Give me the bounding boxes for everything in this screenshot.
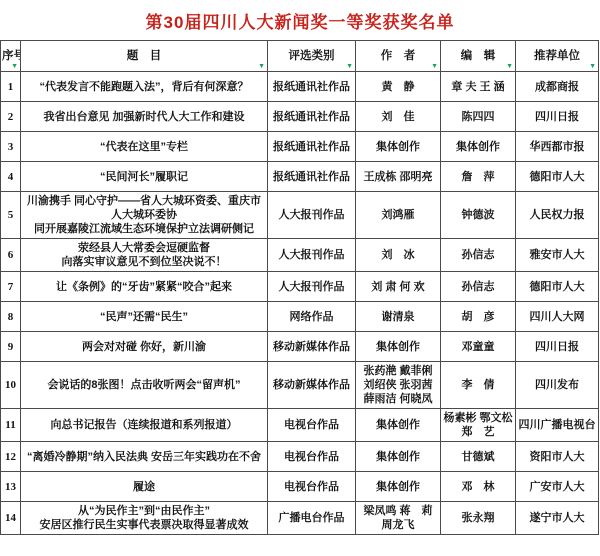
cell-author[interactable]: 集体创作 — [356, 442, 441, 472]
cell-category[interactable]: 电视台作品 — [268, 442, 356, 472]
table-row: 3“代表在这里”专栏报纸通讯社作品集体创作集体创作华西都市报 — [1, 132, 599, 162]
column-header-title[interactable]: 题 目▼ — [21, 41, 268, 72]
cell-no[interactable]: 5 — [1, 192, 21, 239]
cell-org[interactable]: 资阳市人大 — [516, 442, 599, 472]
table-row: 4“民间河长”履职记报纸通讯社作品王成栋 邵明亮詹 萍德阳市人大 — [1, 162, 599, 192]
column-header-author[interactable]: 作 者▼ — [356, 41, 441, 72]
cell-editor[interactable]: 张永翔 — [441, 502, 516, 535]
cell-category[interactable]: 移动新媒体作品 — [268, 332, 356, 362]
cell-no[interactable]: 14 — [1, 502, 21, 535]
cell-no[interactable]: 2 — [1, 102, 21, 132]
cell-author[interactable]: 张药滟 戴菲俐 刘绍侠 张羽茜 薛雨洁 何晓凤 — [356, 362, 441, 409]
table-header: 序号▼题 目▼评选类别▼作 者▼编 辑▼推荐单位▼ — [1, 41, 599, 72]
cell-author[interactable]: 刘 冰 — [356, 239, 441, 272]
cell-no[interactable]: 4 — [1, 162, 21, 192]
cell-org[interactable]: 四川广播电视台 — [516, 409, 599, 442]
cell-org[interactable]: 四川日报 — [516, 332, 599, 362]
column-header-editor[interactable]: 编 辑▼ — [441, 41, 516, 72]
cell-no[interactable]: 3 — [1, 132, 21, 162]
cell-editor[interactable]: 孙信志 — [441, 239, 516, 272]
cell-title[interactable]: 履途 — [21, 472, 268, 502]
cell-category[interactable]: 报纸通讯社作品 — [268, 162, 356, 192]
cell-category[interactable]: 人大报刊作品 — [268, 192, 356, 239]
cell-org[interactable]: 广安市人大 — [516, 472, 599, 502]
cell-no[interactable]: 10 — [1, 362, 21, 409]
cell-author[interactable]: 集体创作 — [356, 132, 441, 162]
cell-category[interactable]: 人大报刊作品 — [268, 239, 356, 272]
filter-dropdown-icon[interactable]: ▼ — [11, 63, 18, 70]
cell-editor[interactable]: 邓 林 — [441, 472, 516, 502]
cell-editor[interactable]: 杨素彬 鄂文松 郑 艺 — [441, 409, 516, 442]
cell-editor[interactable]: 胡 彦 — [441, 302, 516, 332]
cell-no[interactable]: 9 — [1, 332, 21, 362]
cell-org[interactable]: 德阳市人大 — [516, 162, 599, 192]
column-header-label: 评选类别 — [289, 49, 335, 63]
cell-title[interactable]: “民声”还需“民生” — [21, 302, 268, 332]
cell-org[interactable]: 遂宁市人大 — [516, 502, 599, 535]
table-row: 1“代表发言不能跑题入法”，背后有何深意？报纸通讯社作品黄 静章 夫 王 涵成都… — [1, 72, 599, 102]
cell-title[interactable]: “离婚冷静期”纳入民法典 安岳三年实践功在不舍 — [21, 442, 268, 472]
cell-category[interactable]: 报纸通讯社作品 — [268, 72, 356, 102]
cell-category[interactable]: 网络作品 — [268, 302, 356, 332]
table-row: 5川渝携手 同心守护——省人大城环资委、重庆市人大城环委协 同开展嘉陵江流域生态… — [1, 192, 599, 239]
cell-title[interactable]: 两会对对碰 你好，新川渝 — [21, 332, 268, 362]
cell-author[interactable]: 刘 佳 — [356, 102, 441, 132]
cell-author[interactable]: 集体创作 — [356, 409, 441, 442]
page-title: 第30届四川人大新闻奖一等奖获奖名单 — [0, 0, 600, 40]
cell-title[interactable]: 向总书记报告（连续报道和系列报道） — [21, 409, 268, 442]
cell-category[interactable]: 电视台作品 — [268, 472, 356, 502]
table-body: 1“代表发言不能跑题入法”，背后有何深意？报纸通讯社作品黄 静章 夫 王 涵成都… — [1, 72, 599, 535]
column-header-label: 序号 — [2, 49, 21, 63]
table-row: 11向总书记报告（连续报道和系列报道）电视台作品集体创作杨素彬 鄂文松 郑 艺四… — [1, 409, 599, 442]
cell-category[interactable]: 电视台作品 — [268, 409, 356, 442]
cell-no[interactable]: 7 — [1, 272, 21, 302]
table-row: 7让《条例》的“牙齿”紧紧“咬合”起来人大报刊作品刘 肃 何 欢孙信志德阳市人大 — [1, 272, 599, 302]
column-header-label: 推荐单位 — [534, 49, 580, 63]
cell-org[interactable]: 四川日报 — [516, 102, 599, 132]
cell-no[interactable]: 6 — [1, 239, 21, 272]
cell-no[interactable]: 1 — [1, 72, 21, 102]
cell-editor[interactable]: 集体创作 — [441, 132, 516, 162]
header-row: 序号▼题 目▼评选类别▼作 者▼编 辑▼推荐单位▼ — [1, 41, 599, 72]
cell-title[interactable]: 让《条例》的“牙齿”紧紧“咬合”起来 — [21, 272, 268, 302]
cell-title[interactable]: “代表发言不能跑题入法”，背后有何深意？ — [21, 72, 268, 102]
cell-editor[interactable]: 钟德波 — [441, 192, 516, 239]
table-row: 14从“为民作主”到“由民作主” 安居区推行民生实事代表票决取得显著成效广播电台… — [1, 502, 599, 535]
cell-no[interactable]: 8 — [1, 302, 21, 332]
cell-title[interactable]: 从“为民作主”到“由民作主” 安居区推行民生实事代表票决取得显著成效 — [21, 502, 268, 535]
filter-dropdown-icon[interactable]: ▼ — [506, 63, 513, 70]
filter-dropdown-icon[interactable]: ▼ — [346, 63, 353, 70]
column-header-org[interactable]: 推荐单位▼ — [516, 41, 599, 72]
table-row: 13履途电视台作品集体创作邓 林广安市人大 — [1, 472, 599, 502]
cell-category[interactable]: 人大报刊作品 — [268, 272, 356, 302]
cell-org[interactable]: 雅安市人大 — [516, 239, 599, 272]
column-header-label: 作 者 — [381, 49, 416, 63]
cell-editor[interactable]: 陈四四 — [441, 102, 516, 132]
cell-org[interactable]: 成都商报 — [516, 72, 599, 102]
cell-editor[interactable]: 孙信志 — [441, 272, 516, 302]
filter-dropdown-icon[interactable]: ▼ — [589, 63, 596, 70]
cell-author[interactable]: 集体创作 — [356, 332, 441, 362]
cell-no[interactable]: 12 — [1, 442, 21, 472]
cell-author[interactable]: 刘 肃 何 欢 — [356, 272, 441, 302]
cell-org[interactable]: 四川人大网 — [516, 302, 599, 332]
cell-author[interactable]: 黄 静 — [356, 72, 441, 102]
cell-no[interactable]: 11 — [1, 409, 21, 442]
cell-category[interactable]: 广播电台作品 — [268, 502, 356, 535]
cell-title[interactable]: 会说话的8张图！点击收听两会“留声机” — [21, 362, 268, 409]
cell-editor[interactable]: 詹 萍 — [441, 162, 516, 192]
table-row: 2我省出台意见 加强新时代人大工作和建设报纸通讯社作品刘 佳陈四四四川日报 — [1, 102, 599, 132]
table-row: 12“离婚冷静期”纳入民法典 安岳三年实践功在不舍电视台作品集体创作甘德斌资阳市… — [1, 442, 599, 472]
cell-title[interactable]: “民间河长”履职记 — [21, 162, 268, 192]
cell-author[interactable]: 梁凤鸣 蒋 莉 周龙飞 — [356, 502, 441, 535]
table-row: 9两会对对碰 你好，新川渝移动新媒体作品集体创作邓童童四川日报 — [1, 332, 599, 362]
cell-category[interactable]: 报纸通讯社作品 — [268, 102, 356, 132]
table-row: 10会说话的8张图！点击收听两会“留声机”移动新媒体作品张药滟 戴菲俐 刘绍侠 … — [1, 362, 599, 409]
cell-org[interactable]: 德阳市人大 — [516, 272, 599, 302]
cell-title[interactable]: 荥经县人大常委会逗硬监督 向落实审议意见不到位坚决说不！ — [21, 239, 268, 272]
cell-author[interactable]: 谢清泉 — [356, 302, 441, 332]
cell-editor[interactable]: 李 倩 — [441, 362, 516, 409]
cell-org[interactable]: 华西都市报 — [516, 132, 599, 162]
cell-org[interactable]: 四川发布 — [516, 362, 599, 409]
column-header-label: 编 辑 — [461, 49, 496, 63]
awards-table: 序号▼题 目▼评选类别▼作 者▼编 辑▼推荐单位▼ 1“代表发言不能跑题入法”，… — [0, 40, 599, 535]
column-header-no[interactable]: 序号▼ — [1, 41, 21, 72]
table-row: 6荥经县人大常委会逗硬监督 向落实审议意见不到位坚决说不！人大报刊作品刘 冰孙信… — [1, 239, 599, 272]
table-row: 8“民声”还需“民生”网络作品谢清泉胡 彦四川人大网 — [1, 302, 599, 332]
column-header-category[interactable]: 评选类别▼ — [268, 41, 356, 72]
column-header-label: 题 目 — [127, 49, 162, 63]
cell-editor[interactable]: 甘德斌 — [441, 442, 516, 472]
cell-author[interactable]: 集体创作 — [356, 472, 441, 502]
cell-editor[interactable]: 邓童童 — [441, 332, 516, 362]
cell-author[interactable]: 刘鸿雁 — [356, 192, 441, 239]
cell-author[interactable]: 王成栋 邵明亮 — [356, 162, 441, 192]
cell-category[interactable]: 报纸通讯社作品 — [268, 132, 356, 162]
cell-title[interactable]: 我省出台意见 加强新时代人大工作和建设 — [21, 102, 268, 132]
cell-editor[interactable]: 章 夫 王 涵 — [441, 72, 516, 102]
cell-org[interactable]: 人民权力报 — [516, 192, 599, 239]
cell-title[interactable]: 川渝携手 同心守护——省人大城环资委、重庆市人大城环委协 同开展嘉陵江流域生态环… — [21, 192, 268, 239]
filter-dropdown-icon[interactable]: ▼ — [431, 63, 438, 70]
cell-category[interactable]: 移动新媒体作品 — [268, 362, 356, 409]
filter-dropdown-icon[interactable]: ▼ — [258, 63, 265, 70]
cell-title[interactable]: “代表在这里”专栏 — [21, 132, 268, 162]
cell-no[interactable]: 13 — [1, 472, 21, 502]
